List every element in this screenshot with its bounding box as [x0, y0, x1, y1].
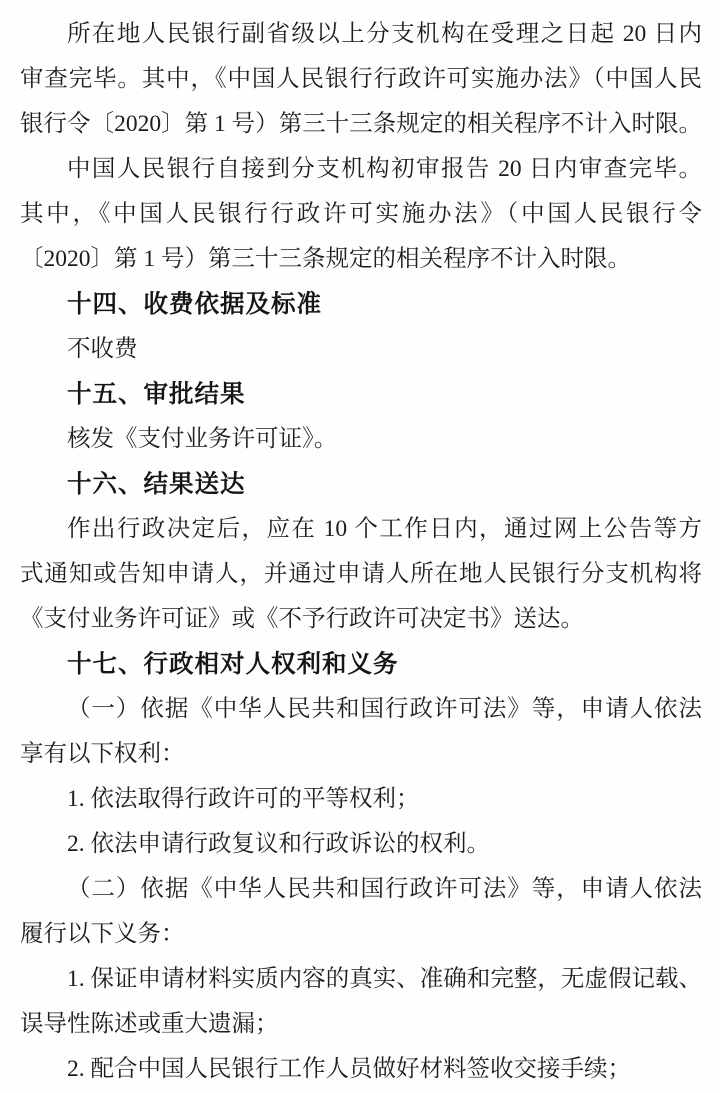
section-heading: 十五、审批结果	[20, 372, 702, 417]
text-line: 1. 保证申请材料实质内容的真实、准确和完整，无虚假记载、	[20, 957, 702, 1002]
text-line: 2. 配合中国人民银行工作人员做好材料签收交接手续；	[20, 1047, 702, 1092]
text-line: 履行以下义务：	[20, 912, 702, 957]
text-line: 审查完毕。其中，《中国人民银行行政许可实施办法》（中国人民	[20, 57, 702, 102]
text-line: （一）依据《中华人民共和国行政许可法》等，申请人依法	[20, 687, 702, 732]
text-line: 误导性陈述或重大遗漏；	[20, 1002, 702, 1047]
text-line: 不收费	[20, 327, 702, 372]
section-heading: 十四、收费依据及标准	[20, 282, 702, 327]
text-line: 其中，《中国人民银行行政许可实施办法》（中国人民银行令	[20, 192, 702, 237]
text-line: 中国人民银行自接到分支机构初审报告 20 日内审查完毕。	[20, 147, 702, 192]
text-line: 2. 依法申请行政复议和行政诉讼的权利。	[20, 822, 702, 867]
text-line: 《支付业务许可证》或《不予行政许可决定书》送达。	[20, 597, 702, 642]
text-line: （二）依据《中华人民共和国行政许可法》等，申请人依法	[20, 867, 702, 912]
text-line: 银行令〔2020〕第 1 号）第三十三条规定的相关程序不计入时限。	[20, 102, 702, 147]
document-page: 所在地人民银行副省级以上分支机构在受理之日起 20 日内审查完毕。其中，《中国人…	[0, 0, 720, 1093]
text-line: 所在地人民银行副省级以上分支机构在受理之日起 20 日内	[20, 12, 702, 57]
text-line: 〔2020〕第 1 号）第三十三条规定的相关程序不计入时限。	[20, 237, 702, 282]
text-line: 享有以下权利：	[20, 732, 702, 777]
document-body: 所在地人民银行副省级以上分支机构在受理之日起 20 日内审查完毕。其中，《中国人…	[0, 0, 720, 1092]
section-heading: 十七、行政相对人权利和义务	[20, 642, 702, 687]
text-line: 核发《支付业务许可证》。	[20, 417, 702, 462]
text-line: 作出行政决定后，应在 10 个工作日内，通过网上公告等方	[20, 507, 702, 552]
text-line: 1. 依法取得行政许可的平等权利；	[20, 777, 702, 822]
section-heading: 十六、结果送达	[20, 462, 702, 507]
text-line: 式通知或告知申请人，并通过申请人所在地人民银行分支机构将	[20, 552, 702, 597]
